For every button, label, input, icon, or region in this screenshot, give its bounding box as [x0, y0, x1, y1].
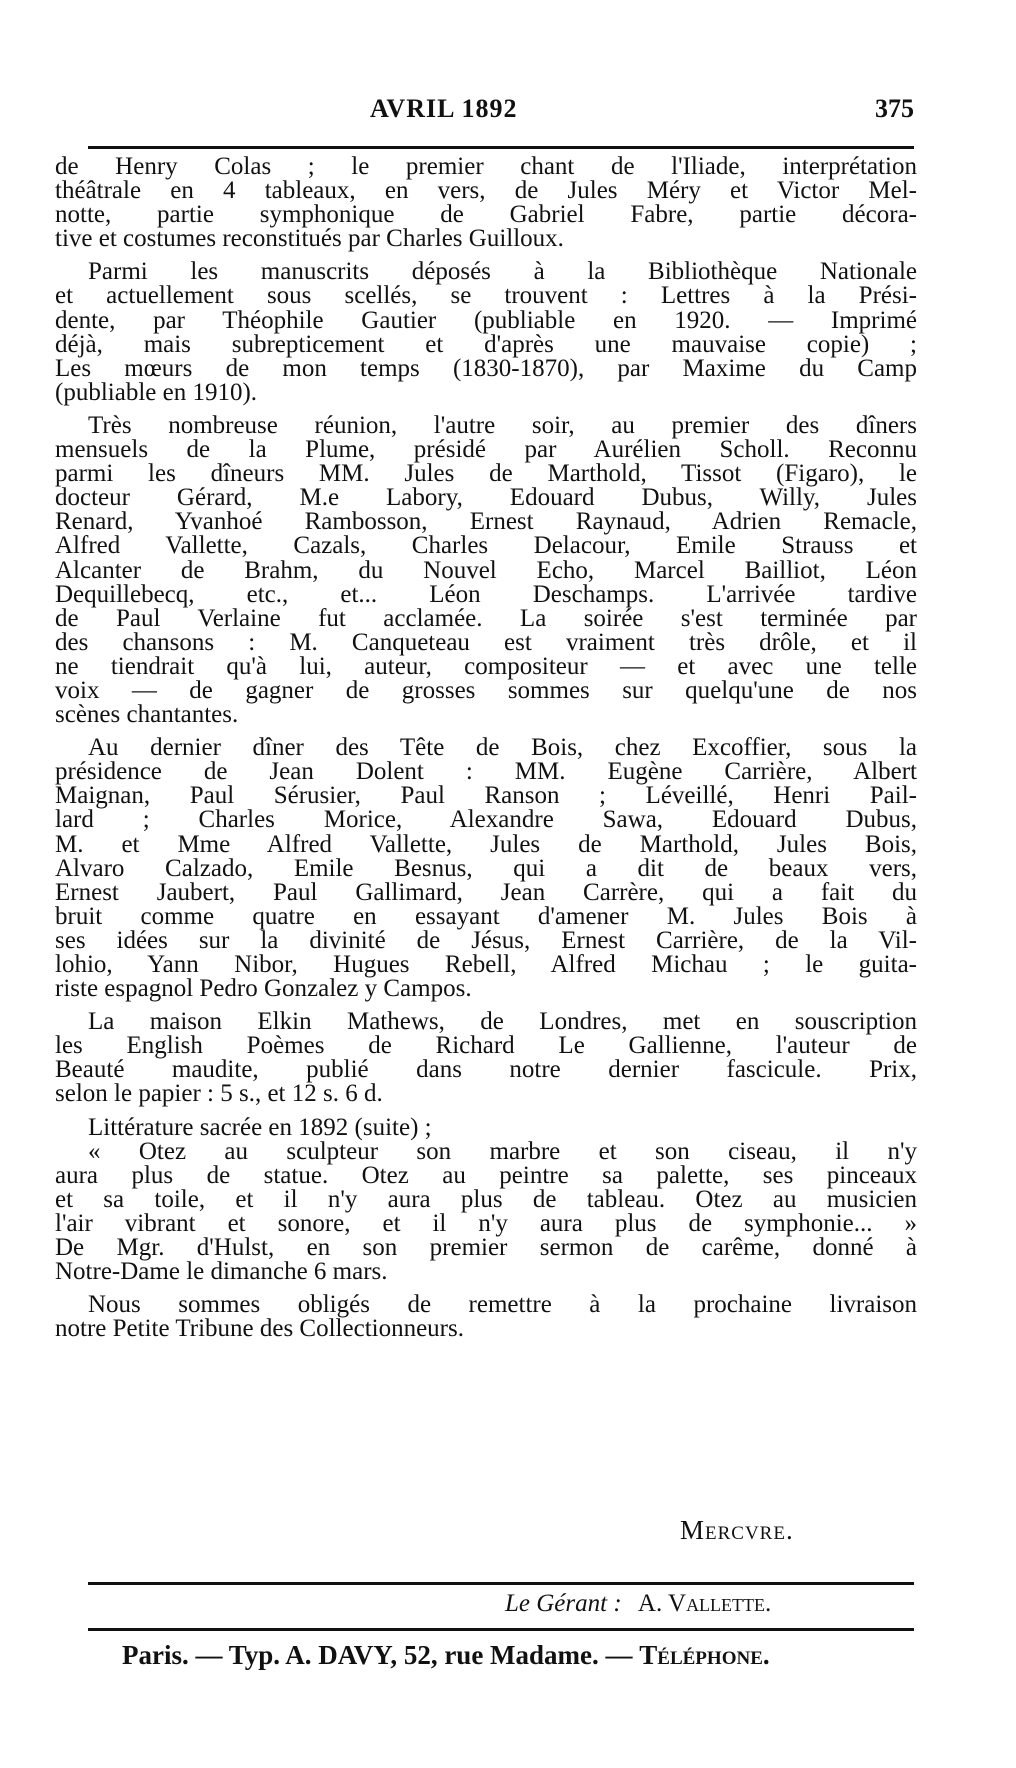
text-line: les English Poèmes de Richard Le Gallien… [55, 1034, 917, 1058]
text-line: Alfred Vallette, Cazals, Charles Delacou… [55, 534, 917, 558]
text-line: Dequillebecq, etc., et... Léon Deschamps… [55, 583, 917, 607]
document-page: AVRIL 1892 375 de Henry Colas ; le premi… [0, 0, 1016, 1768]
text-line: voix — de gagner de grosses sommes sur q… [55, 679, 917, 703]
text-line: Alvaro Calzado, Emile Besnus, qui a dit … [55, 857, 917, 881]
text-line: Les mœurs de mon temps (1830-1870), par … [55, 357, 917, 381]
text-line: lard ; Charles Morice, Alexandre Sawa, E… [55, 808, 917, 832]
text-line: Au dernier dîner des Tête de Bois, chez … [55, 736, 917, 760]
text-line: Littérature sacrée en 1892 (suite) ; [55, 1116, 917, 1140]
text-line: La maison Elkin Mathews, de Londres, met… [55, 1010, 917, 1034]
page-header: AVRIL 1892 375 [88, 94, 914, 130]
text-line: déjà, mais subrepticement et d'après une… [55, 333, 917, 357]
body-text: de Henry Colas ; le premier chant de l'I… [55, 155, 917, 1341]
text-line: Notre-Dame le dimanche 6 mars. [55, 1260, 917, 1284]
text-line: bruit comme quatre en essayant d'amener … [55, 905, 917, 929]
gerant-name: A. Vallette. [638, 1590, 771, 1617]
quotation: « Otez au sculpteur son marbre et son ci… [55, 1140, 917, 1285]
text-line: (publiable en 1910). [55, 381, 917, 405]
text-line: mensuels de la Plume, présidé par Auréli… [55, 438, 917, 462]
text-line: Nous sommes obligés de remettre à la pro… [55, 1293, 917, 1317]
paragraph: Littérature sacrée en 1892 (suite) ; [55, 1116, 917, 1140]
text-line: et actuellement sous scellés, se trouven… [55, 284, 917, 308]
text-line: des chansons : M. Canqueteau est vraimen… [55, 631, 917, 655]
text-line: et sa toile, et il n'y aura plus de tabl… [55, 1188, 917, 1212]
signature: Mercvre. [680, 1515, 794, 1546]
text-line: Renard, Yvanhoé Rambosson, Ernest Raynau… [55, 510, 917, 534]
footer-rule-top [88, 1582, 914, 1585]
gerant-label: Le Gérant : [505, 1590, 622, 1617]
text-line: « Otez au sculpteur son marbre et son ci… [55, 1140, 917, 1164]
text-line: Maignan, Paul Sérusier, Paul Ranson ; Lé… [55, 784, 917, 808]
text-line: de Henry Colas ; le premier chant de l'I… [55, 155, 917, 179]
text-line: théâtrale en 4 tableaux, en vers, de Jul… [55, 179, 917, 203]
text-line: docteur Gérard, M.e Labory, Edouard Dubu… [55, 486, 917, 510]
paragraph: Parmi les manuscrits déposés à la Biblio… [55, 260, 917, 405]
text-line: notre Petite Tribune des Collectionneurs… [55, 1317, 917, 1341]
gerant-line: Le Gérant : A. Vallette. [505, 1590, 771, 1618]
text-line: riste espagnol Pedro Gonzalez y Campos. [55, 977, 917, 1001]
text-line: dente, par Théophile Gautier (publiable … [55, 309, 917, 333]
text-line: M. et Mme Alfred Vallette, Jules de Mart… [55, 833, 917, 857]
text-line: Beauté maudite, publié dans notre dernie… [55, 1058, 917, 1082]
page-number: 375 [875, 94, 914, 124]
text-line: De Mgr. d'Hulst, en son premier sermon d… [55, 1236, 917, 1260]
paragraph: La maison Elkin Mathews, de Londres, met… [55, 1010, 917, 1106]
text-line: notte, partie symphonique de Gabriel Fab… [55, 203, 917, 227]
paragraph: Au dernier dîner des Tête de Bois, chez … [55, 736, 917, 1001]
text-line: selon le papier : 5 s., et 12 s. 6 d. [55, 1082, 917, 1106]
paragraph: Nous sommes obligés de remettre à la pro… [55, 1293, 917, 1341]
paragraph: Très nombreuse réunion, l'autre soir, au… [55, 414, 917, 727]
text-line: Très nombreuse réunion, l'autre soir, au… [55, 414, 917, 438]
text-line: tive et costumes reconstitués par Charle… [55, 227, 917, 251]
text-line: Alcanter de Brahm, du Nouvel Echo, Marce… [55, 559, 917, 583]
header-rule [88, 146, 914, 149]
text-line: Parmi les manuscrits déposés à la Biblio… [55, 260, 917, 284]
imprint-telephone: Téléphone. [639, 1640, 769, 1670]
text-line: ses idées sur la divinité de Jésus, Erne… [55, 929, 917, 953]
imprint-text: Paris. — Typ. A. DAVY, 52, rue Madame. — [122, 1640, 633, 1670]
text-line: ne tiendrait qu'à lui, auteur, composite… [55, 655, 917, 679]
footer-rule-bottom [88, 1628, 914, 1631]
text-line: lohio, Yann Nibor, Hugues Rebell, Alfred… [55, 953, 917, 977]
text-line: Ernest Jaubert, Paul Gallimard, Jean Car… [55, 881, 917, 905]
text-line: l'air vibrant et sonore, et il n'y aura … [55, 1212, 917, 1236]
paragraph: de Henry Colas ; le premier chant de l'I… [55, 155, 917, 251]
text-line: de Paul Verlaine fut acclamée. La soirée… [55, 607, 917, 631]
text-line: présidence de Jean Dolent : MM. Eugène C… [55, 760, 917, 784]
text-line: parmi les dîneurs MM. Jules de Marthold,… [55, 462, 917, 486]
text-line: aura plus de statue. Otez au peintre sa … [55, 1164, 917, 1188]
text-line: scènes chantantes. [55, 703, 917, 727]
running-title: AVRIL 1892 [370, 94, 518, 124]
printer-imprint: Paris. — Typ. A. DAVY, 52, rue Madame. —… [122, 1640, 770, 1671]
